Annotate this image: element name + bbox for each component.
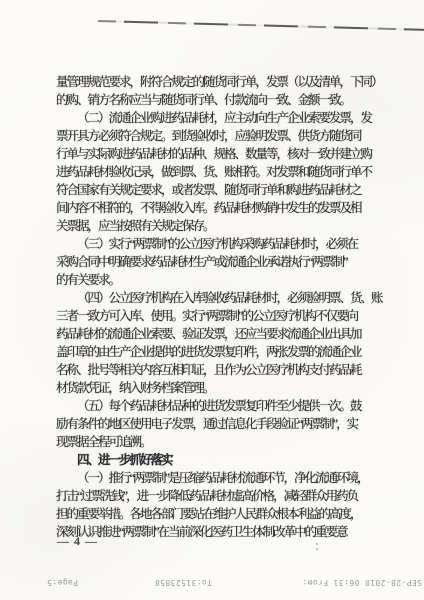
text-line: 打击“过票洗钱”，进一步降低药品耗材虚高价格，减轻群众用药负 (56, 487, 396, 505)
fax-page-indicator: Page:5 (47, 578, 78, 587)
text-line: 盖印章的由生产企业提供的进货发票复印件，两张发票的流通企业 (56, 343, 396, 361)
text-line: 关票据，应当按照有关规定保存。 (56, 217, 396, 235)
fax-to-number: To:31523858 (155, 578, 212, 587)
text-line: 药品耗材的流通企业索要、验证发票，还应当要求流通企业出具加 (56, 325, 396, 343)
text-line: 的购、销方名称应当与随货同行单、付款流向一致、金额一致。 (56, 91, 396, 109)
text-line: 现票据全程可追溯。 (56, 433, 396, 451)
text-line: 符合国家有关规定要求，或者发票、随货同行单和购进药品耗材之 (56, 181, 396, 199)
scanned-document-page: 量管理规范要求，附符合规定的随货同行单，发票（以及清单，下同）的购、销方名称应当… (0, 0, 424, 600)
text-line: （一）推行“两票制”是压缩药品耗材流通环节，净化流通环境， (56, 469, 396, 487)
text-line: 励有条件的地区使用电子发票，通过信息化手段验证“两票制”，实 (56, 415, 396, 433)
text-line: 票开具方必须符合规定。到货验收时，应验明发票、供货方随货同 (56, 127, 396, 145)
fax-timestamp-from: SEP-28-2010 06:31 From: (302, 578, 422, 587)
text-line: （三）实行“两票制”的公立医疗机构采购药品耗材时，必须在 (56, 235, 396, 253)
text-line: 间内容不相符的，不得验收入库。药品耗材购销中发生的发票及相 (56, 199, 396, 217)
scan-speck (316, 543, 318, 545)
text-line: 担的重要举措。各地各部门要站在维护人民群众根本利益的高度， (56, 505, 396, 523)
fax-header-strip: SEP-28-2010 06:31 From: To:31523858 Page… (0, 574, 424, 589)
text-line: 采购合同中明确要求药品耗材生产或流通企业承诺执行“两票制” (56, 253, 396, 271)
scan-artifact-line (98, 20, 424, 31)
text-line: （四）公立医疗机构在入库验收药品耗材时，必须验明票、货、账 (56, 289, 396, 307)
document-body-text: 量管理规范要求，附符合规定的随货同行单，发票（以及清单，下同）的购、销方名称应当… (56, 73, 396, 541)
section-heading: 四、进一步抓好落实 (56, 451, 396, 469)
text-line: （二）流通企业购进药品耗材，应主动向生产企业索要发票，发 (56, 109, 396, 127)
text-line: （五）每个药品耗材品种的进货发票复印件至少提供一次。鼓 (56, 397, 396, 415)
text-line: 材货款凭证，纳入财务档案管理。 (56, 379, 396, 397)
text-line: 三者一致方可入库、使用。实行“两票制”的公立医疗机构不仅要向 (56, 307, 396, 325)
text-line: 的有关要求。 (56, 271, 396, 289)
text-line: 行单与实际购进药品耗材的品种、规格、数量等，核对一致并建立购 (56, 145, 396, 163)
text-line: 量管理规范要求，附符合规定的随货同行单，发票（以及清单，下同） (56, 73, 396, 91)
scan-speck (66, 541, 68, 542)
page-number: — 4 — (57, 534, 98, 549)
text-line: 深刻认识推进“两票制”在当前深化医药卫生体制改革中的重要意 (56, 523, 396, 541)
text-line: 名称、批号等相关内容互相印证，且作为公立医疗机构支付药品耗 (56, 361, 396, 379)
text-line: 进药品耗材验收记录，做到票、货、账相符。对发票和随货同行单不 (56, 163, 396, 181)
